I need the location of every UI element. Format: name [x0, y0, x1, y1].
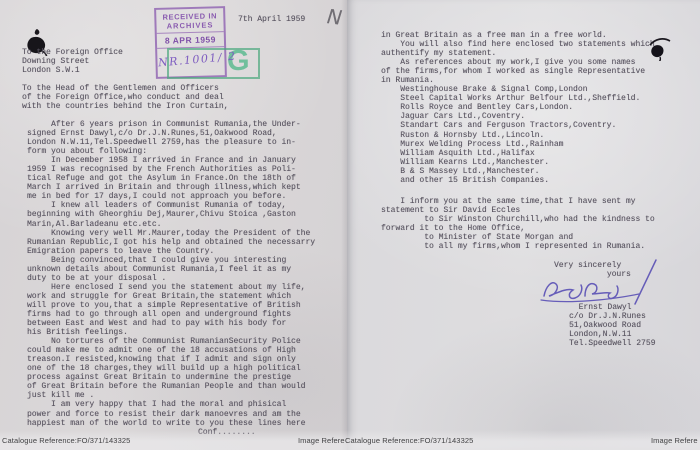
paragraph: Here enclosed I send you the statement a… [27, 283, 339, 337]
paragraph: I inform you at the same time,that I hav… [381, 197, 691, 251]
catalogue-reference-left: Catalogue Reference:FO/371/143325 [2, 436, 130, 445]
signatory-address-block: Ernst Dawyl c/o Dr.J.N.Runes 51,Oakwood … [569, 303, 655, 348]
stamp-line2: ARCHIVES [156, 20, 223, 31]
pencil-margin-mark: N [323, 4, 345, 29]
continuation-mark: Conf........ [198, 428, 256, 437]
letter-page-1: RECEIVED IN ARCHIVES 8 APR 1959 G NR.100… [0, 0, 347, 450]
paragraph: Being convinced,that I could give you in… [27, 256, 339, 283]
paragraph: I knew all leaders of Communist Rumania … [27, 201, 339, 228]
letter-body-page2: in Great Britain as a free man in a free… [381, 31, 691, 251]
salutation: To the Head of the Gentlemen and Officer… [22, 84, 228, 111]
paragraph: In December 1958 I arrived in France and… [27, 156, 339, 201]
reference-firms-list: Westinghouse Brake & Signal Comp,London … [381, 85, 691, 185]
recipient-address: To the Foreign Office Downing Street Lon… [22, 48, 123, 75]
letter-body-page1: After 6 years prison in Communist Rumani… [27, 120, 339, 428]
paragraph: As references about my work,I give you s… [381, 58, 691, 85]
paragraph: After 6 years prison in Communist Rumani… [27, 120, 339, 156]
handwritten-signature [537, 256, 669, 308]
paragraph: I am very happy that I had the moral and… [27, 400, 339, 427]
stamp-date: 8 APR 1959 [157, 31, 224, 49]
letter-date: 7th April 1959 [238, 15, 305, 24]
ink-blot [645, 33, 675, 61]
paragraph: No tortures of the Communist RumanianSec… [27, 337, 339, 400]
catalogue-reference-right: Catalogue Reference:FO/371/143325 [345, 436, 473, 445]
image-reference-left: Image Refere [298, 436, 345, 445]
paragraph: Knowing very well Mr.Maurer,today the Pr… [27, 229, 339, 256]
letter-page-2: in Great Britain as a free man in a free… [347, 0, 700, 450]
image-reference-right: Image Refere [651, 436, 698, 445]
scanned-letter: { "stamp": { "line1": "RECEIVED IN", "li… [0, 0, 700, 450]
